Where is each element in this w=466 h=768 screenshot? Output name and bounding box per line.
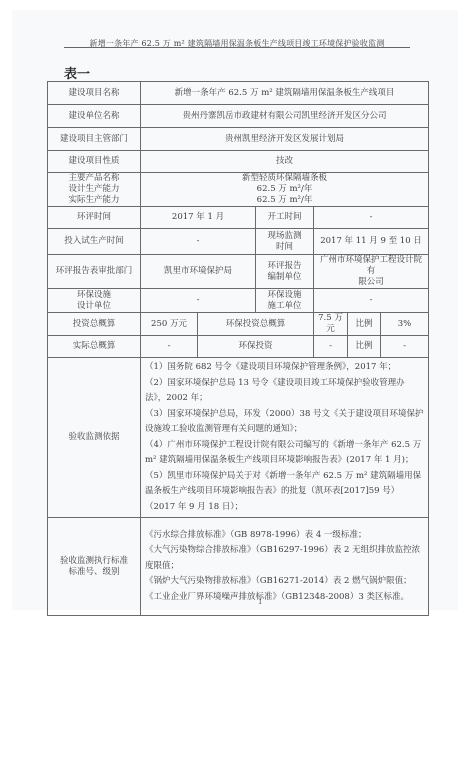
label-company-name: 建设单位名称 [48,105,141,128]
value-report-author-line2: 限公司 [316,277,426,288]
value-actual-budget: - [141,336,198,358]
row-nature: 建设项目性质 技改 [48,151,429,173]
ratio-cell: 比例 3% [348,313,429,336]
row-authority: 建设项目主管部门 贵州凯里经济开发区发展计划局 [48,128,429,151]
label-project-name: 建设项目名称 [48,82,141,105]
label-monitor-time-line2: 时间 [258,242,311,253]
row-investment: 投资总概算 250 万元 环保投资总概算 7.5 万元 比例 3% [48,313,429,336]
standard-item: 《工业企业厂界环境噪声排放标准》（GB12348-2008）3 类区标准。 [145,590,424,606]
label-facility-construction-line1: 环保设施 [258,290,311,301]
value-company-name: 贵州丹寨凯岳市政建材有限公司凯里经济开发区分公司 [141,105,429,128]
project-info-table: 建设项目名称 新增一条年产 62.5 万 m² 建筑隔墙用保温条板生产线项目 建… [47,81,429,616]
standard-item: 《污水综合排放标准》（GB 8978-1996）表 4 一级标准； [145,528,424,544]
label-monitor-time: 现场监测 时间 [256,229,314,255]
value-start-time: - [314,207,429,229]
label-nature: 建设项目性质 [48,151,141,173]
value-product-name: 新型轻质环保隔墙条板 [143,173,426,184]
section-title: 表一 [64,63,90,82]
label-report-author-line1: 环评报告 [258,261,311,272]
value-trial-time: - [141,229,256,255]
value-facility-construction: - [314,289,429,313]
row-facility: 环保设施 设计单位 - 环保设施 施工单位 - [48,289,429,313]
value-actual-capacity: 62.5 万 m²/年 [143,195,426,206]
value-eia-time: 2017 年 1 月 [141,207,256,229]
label-standards: 验收监测执行标准 标准号、级别 [48,518,141,616]
value-approval-dept: 凯里市环境保护局 [141,255,256,289]
basis-item: （1）国务院 682 号令《建设项目环境保护管理条例》，2017 年； [145,360,424,376]
label-ratio: 比例 [348,313,381,335]
label-actual-capacity: 实际生产能力 [50,195,138,206]
actual-ratio-cell: 比例 - [348,336,429,358]
header-rule [64,47,410,48]
label-basis: 验收监测依据 [48,358,141,518]
label-standards-line2: 标准号、级别 [50,567,138,578]
value-monitor-time: 2017 年 11 月 9 至 10 日 [314,229,429,255]
label-total-budget: 投资总概算 [48,313,141,336]
label-monitor-time-line1: 现场监测 [258,231,311,242]
value-ratio: 3% [381,319,428,330]
value-facility-design: - [141,289,256,313]
label-approval-dept: 环评报告表审批部门 [48,255,141,289]
label-trial-time: 投入试生产时间 [48,229,141,255]
row-standards: 验收监测执行标准 标准号、级别 《污水综合排放标准》（GB 8978-1996）… [48,518,429,616]
value-total-budget: 250 万元 [141,313,198,336]
label-facility-construction-line2: 施工单位 [258,301,311,312]
label-actual-ratio: 比例 [348,336,381,357]
row-products: 主要产品名称 设计生产能力 实际生产能力 新型轻质环保隔墙条板 62.5 万 m… [48,173,429,207]
row-trial-time: 投入试生产时间 - 现场监测 时间 2017 年 11 月 9 至 10 日 [48,229,429,255]
label-facility-construction: 环保设施 施工单位 [256,289,314,313]
standard-item: 《大气污染物综合排放标准》（GB16297-1996）表 2 无组织排放监控浓度… [145,543,424,574]
label-design-capacity: 设计生产能力 [50,184,138,195]
row-approval: 环评报告表审批部门 凯里市环境保护局 环评报告 编制单位 广州市环境保护工程设计… [48,255,429,289]
label-product-name: 主要产品名称 [50,173,138,184]
value-env-budget: 7.5 万元 [314,313,348,336]
label-env-investment: 环保投资 [198,336,314,358]
value-actual-ratio: - [381,341,428,352]
value-design-capacity: 62.5 万 m²/年 [143,184,426,195]
basis-item: （5）凯里市环境保护局关于对《新增一条年产 62.5 万 m² 建筑隔墙用保温条… [145,469,424,516]
label-actual-budget: 实际总概算 [48,336,141,358]
label-authority: 建设项目主管部门 [48,128,141,151]
value-project-name: 新增一条年产 62.5 万 m² 建筑隔墙用保温条板生产线项目 [141,82,429,105]
standards-list: 《污水综合排放标准》（GB 8978-1996）表 4 一级标准； 《大气污染物… [141,518,429,616]
page-number: 1 [258,598,262,606]
label-standards-line1: 验收监测执行标准 [50,556,138,567]
label-report-author: 环评报告 编制单位 [256,255,314,289]
label-report-author-line2: 编制单位 [258,272,311,283]
label-facility-design: 环保设施 设计单位 [48,289,141,313]
basis-list: （1）国务院 682 号令《建设项目环境保护管理条例》，2017 年； （2）国… [141,358,429,518]
value-nature: 技改 [141,151,429,173]
standard-item: 《锅炉大气污染物排放标准》（GB16271-2014）表 2 燃气锅炉限值； [145,574,424,590]
row-project-name: 建设项目名称 新增一条年产 62.5 万 m² 建筑隔墙用保温条板生产线项目 [48,82,429,105]
value-report-author: 广州市环境保护工程设计院有 限公司 [314,255,429,289]
basis-item: （2）国家环境保护总局 13 号令《建设项目竣工环境保护验收管理办法》，2002… [145,376,424,407]
basis-item: （4）广州市环境保护工程设计院有限公司编写的《新增一条年产 62.5 万 m² … [145,438,424,469]
value-products: 新型轻质环保隔墙条板 62.5 万 m²/年 62.5 万 m²/年 [141,173,429,207]
value-env-investment: - [314,336,348,358]
row-company-name: 建设单位名称 贵州丹寨凯岳市政建材有限公司凯里经济开发区分公司 [48,105,429,128]
label-env-budget: 环保投资总概算 [198,313,314,336]
row-eia-time: 环评时间 2017 年 1 月 开工时间 - [48,207,429,229]
basis-item: （3）国家环境保护总局，环发（2000）38 号文《关于建设项目环境保护设施竣工… [145,407,424,438]
label-eia-time: 环评时间 [48,207,141,229]
label-products: 主要产品名称 设计生产能力 实际生产能力 [48,173,141,207]
value-authority: 贵州凯里经济开发区发展计划局 [141,128,429,151]
label-facility-design-line1: 环保设施 [50,290,138,301]
label-facility-design-line2: 设计单位 [50,301,138,312]
row-basis: 验收监测依据 （1）国务院 682 号令《建设项目环境保护管理条例》，2017 … [48,358,429,518]
value-report-author-line1: 广州市环境保护工程设计院有 [316,255,426,277]
label-start-time: 开工时间 [256,207,314,229]
row-actual: 实际总概算 - 环保投资 - 比例 - [48,336,429,358]
